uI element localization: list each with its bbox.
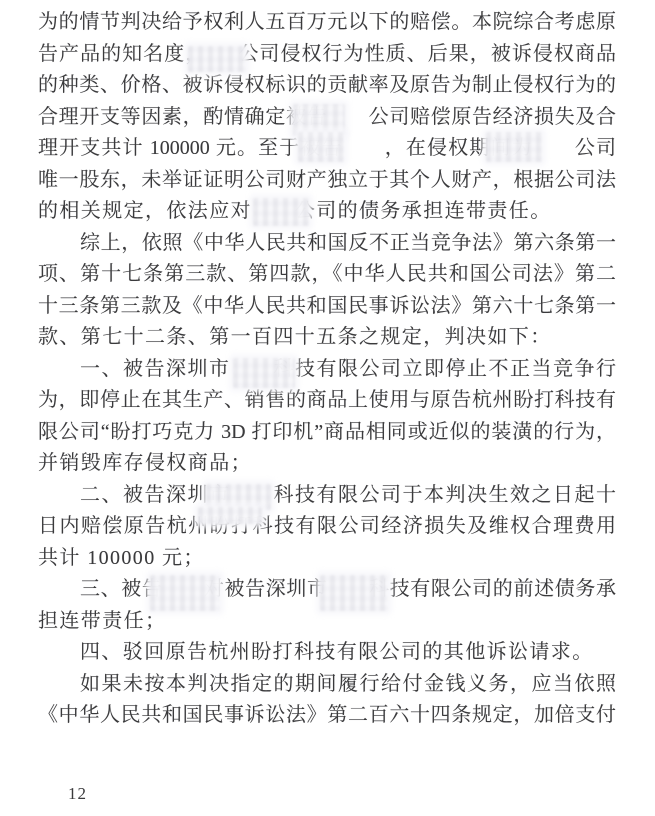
page-number: 12 (68, 784, 87, 804)
text-line: 合理开支等因素，酌情确定被告 公司赔偿原告经济损失及合 (38, 102, 616, 134)
text-line: 综上，依照《中华人民共和国反不正当竞争法》第六条第一 (38, 228, 616, 260)
text-line: 并销毁库存侵权商品； (38, 448, 616, 480)
text-line: 为的情节判决给予权利人五百万元以下的赔偿。本院综合考虑原 (38, 7, 616, 39)
text-line: 《中华人民共和国民事诉讼法》第二百六十四条规定，加倍支付 (38, 700, 616, 732)
text-line: 款、第七十二条、第一百四十五条之规定，判决如下： (38, 322, 616, 354)
document-page: 为的情节判决给予权利人五百万元以下的赔偿。本院综合考虑原告产品的知名度， 公司侵… (0, 0, 655, 816)
text-line: 告产品的知名度， 公司侵权行为性质、后果，被诉侵权商品 (38, 39, 616, 71)
text-line: 限公司“盼打巧克力 3D 打印机”商品相同或近似的装潢的行为， (38, 417, 616, 449)
text-line: 理开支共计 100000 元。至于被告 ，在侵权期间为 公司 (38, 133, 616, 165)
text-line: 的相关规定，依法应对 公司的债务承担连带责任。 (38, 196, 616, 228)
judgment-text: 为的情节判决给予权利人五百万元以下的赔偿。本院综合考虑原告产品的知名度， 公司侵… (38, 7, 616, 732)
text-line: 唯一股东，未举证证明公司财产独立于其个人财产，根据公司法 (38, 165, 616, 197)
text-line: 如果未按本判决指定的期间履行给付金钱义务，应当依照 (38, 669, 616, 701)
text-line: 项、第十七条第三款、第四款，《中华人民共和国公司法》第二 (38, 259, 616, 291)
text-line: 二、被告深圳市 科技有限公司于本判决生效之日起十 (38, 480, 616, 512)
text-line: 的种类、价格、被诉侵权标识的贡献率及原告为制止侵权行为的 (38, 70, 616, 102)
text-line: 为，即停止在其生产、销售的商品上使用与原告杭州盼打科技有 (38, 385, 616, 417)
text-line: 担连带责任； (38, 606, 616, 638)
text-line: 十三条第三款及《中华人民共和国民事诉讼法》第六十七条第一 (38, 291, 616, 323)
text-line: 共计 100000 元； (38, 543, 616, 575)
text-line: 日内赔偿原告杭州盼打科技有限公司经济损失及维权合理费用 (38, 511, 616, 543)
text-line: 三、被告 对被告深圳市 科技有限公司的前述债务承 (38, 574, 616, 606)
text-line: 一、被告深圳市 科技有限公司立即停止不正当竞争行 (38, 354, 616, 386)
text-line: 四、驳回原告杭州盼打科技有限公司的其他诉讼请求。 (38, 637, 616, 669)
